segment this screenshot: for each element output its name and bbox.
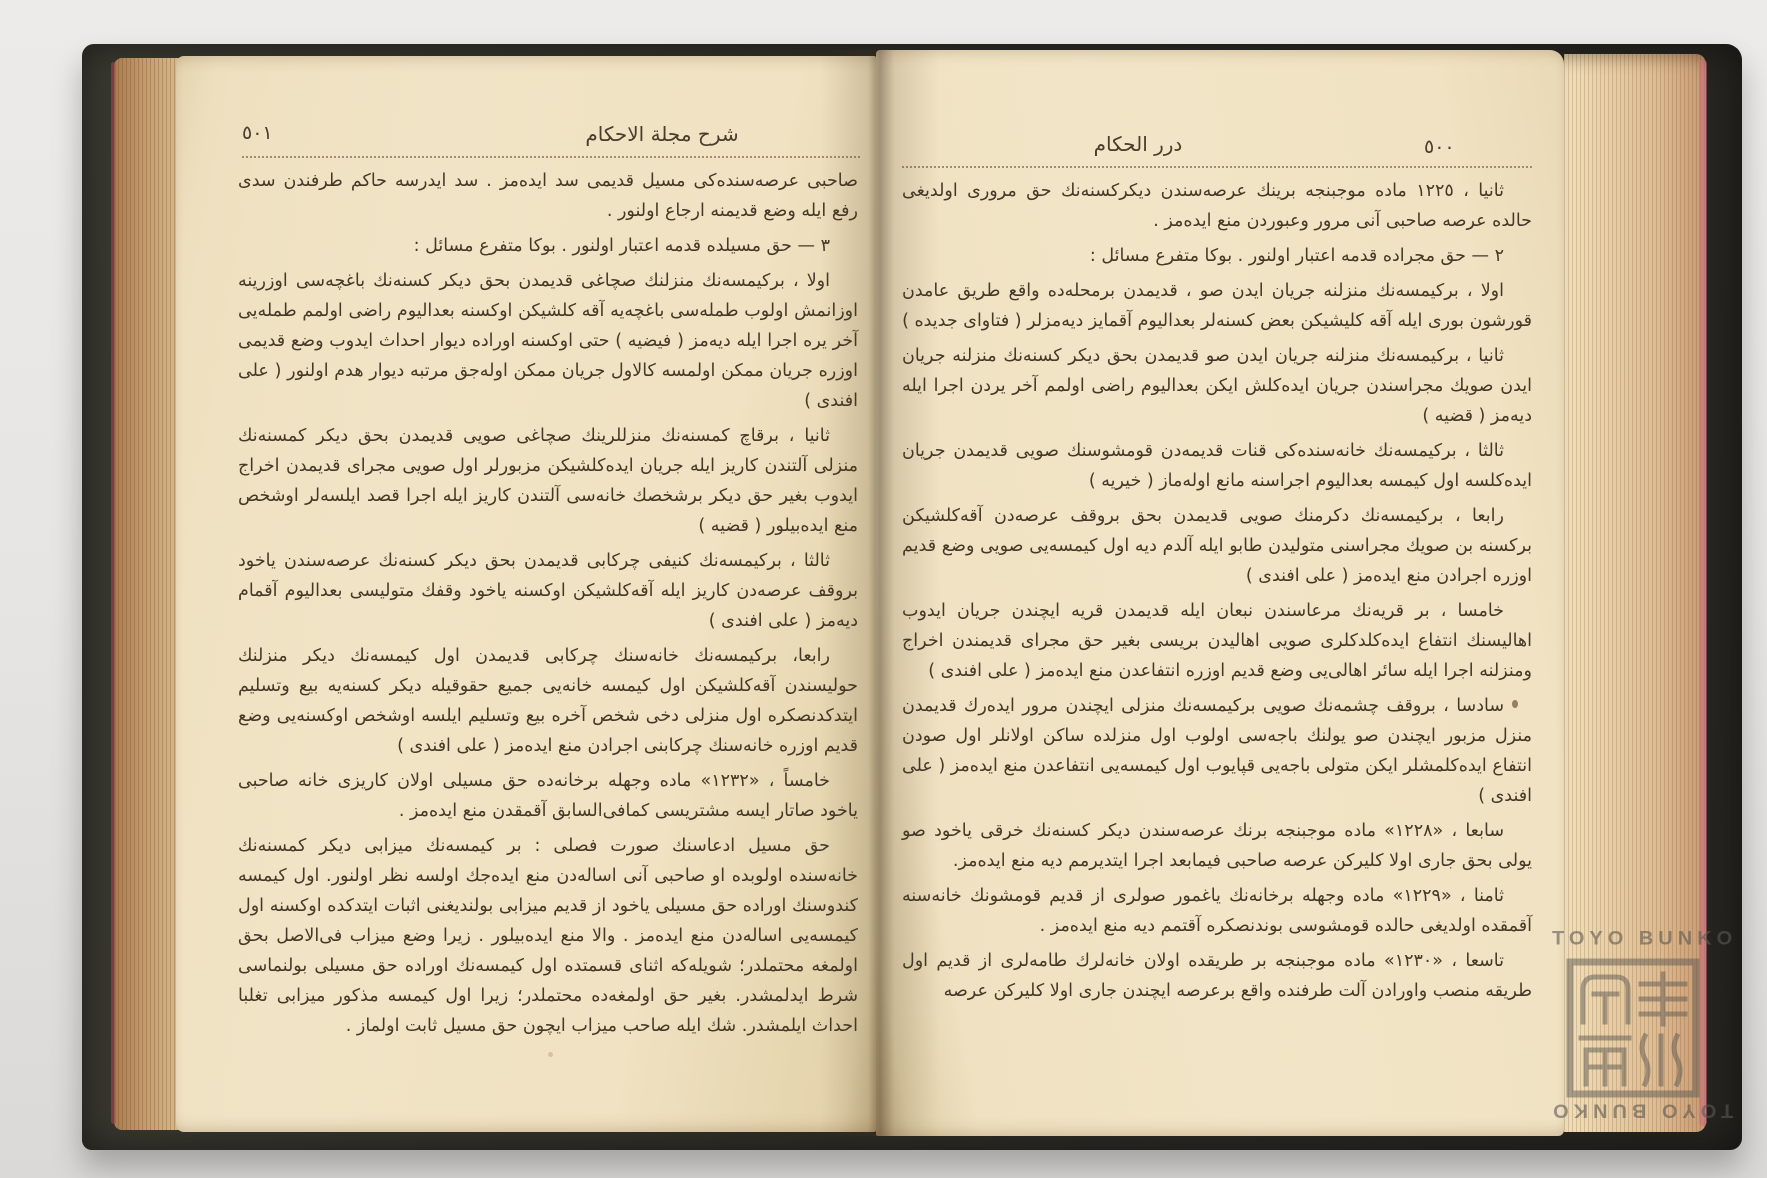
left-page-text: صاحبى عرصه‌سنده‌كى مسيل قديمى سد ايده‌مز… bbox=[238, 166, 858, 1046]
watermark-text-bottom: TOYO BUNKO bbox=[1548, 1099, 1733, 1121]
paragraph: ثامنا ، «١٢٢٩» ماده وجهله برخانه‌نك ياغم… bbox=[902, 881, 1532, 941]
paragraph: ثالثا ، بركيمسه‌نك خانه‌سنده‌كى قنات قدي… bbox=[902, 436, 1532, 496]
paragraph: سابعا ، «١٢٢٨» ماده موجبنجه برنك عرصه‌سن… bbox=[902, 816, 1532, 876]
paragraph: خامسا ، بر قريه‌نك مرعاسندن نبعان ايله ق… bbox=[902, 596, 1532, 686]
paragraph: ٣ — حق مسيلده قدمه اعتبار اولنور . بوكا … bbox=[238, 231, 858, 261]
toyo-bunko-watermark: TOYO BUNKO TOYO BUNKO bbox=[1546, 926, 1766, 1130]
paragraph: ٢ — حق مجراده قدمه اعتبار اولنور . بوكا … bbox=[902, 241, 1532, 271]
paper-speck bbox=[548, 1052, 553, 1057]
paragraph: حق مسيل ادعاسنك صورت فصلى : بر كيمسه‌نك … bbox=[238, 831, 858, 1041]
paragraph: صاحبى عرصه‌سنده‌كى مسيل قديمى سد ايده‌مز… bbox=[238, 166, 858, 226]
running-title-right: درر الحكام bbox=[1094, 132, 1183, 156]
paragraph: اولا ، بركيمسه‌نك منزلنك صچاغى قديمدن بح… bbox=[238, 266, 858, 416]
paragraph: ثانيا ، بركيمسه‌نك منزلنه جريان ايدن صو … bbox=[902, 341, 1532, 431]
toyo-bunko-seal-icon bbox=[1566, 958, 1700, 1098]
watermark-text-top: TOYO BUNKO bbox=[1552, 929, 1737, 951]
paragraph: خامساً ، «١٢٣٢» ماده وجهله برخانه‌ده حق … bbox=[238, 766, 858, 826]
paragraph: ثانيا ، ١٢٢٥ ماده موجبنجه برينك عرصه‌سند… bbox=[902, 176, 1532, 236]
paragraph: رابعا ، بركيمسه‌نك دكرمنك صويى قديمدن بح… bbox=[902, 501, 1532, 591]
right-page-text: ثانيا ، ١٢٢٥ ماده موجبنجه برينك عرصه‌سند… bbox=[902, 176, 1532, 1011]
left-fore-edge bbox=[114, 58, 180, 1130]
right-page: درر الحكام ٥٠٠ ثانيا ، ١٢٢٥ ماده موجبنجه… bbox=[876, 50, 1564, 1136]
running-title-left: شرح مجلة الاحكام bbox=[585, 122, 738, 146]
paragraph: تاسعا ، «١٢٣٠» ماده موجبنجه بر طريقده او… bbox=[902, 946, 1532, 1006]
paragraph: ثالثا ، بركيمسه‌نك كنيفى چركابى قديمدن ب… bbox=[238, 546, 858, 636]
header-rule-left bbox=[242, 156, 860, 158]
page-number-left: ٥٠١ bbox=[242, 122, 273, 144]
photo-canvas: ٥٠١ شرح مجلة الاحكام صاحبى عرصه‌سنده‌كى … bbox=[0, 0, 1767, 1178]
left-edge-stain bbox=[111, 62, 116, 1124]
paragraph: سادسا ، بروقف چشمه‌نك صويى بركيمسه‌نك من… bbox=[902, 691, 1532, 811]
header-rule-right bbox=[902, 166, 1532, 168]
left-page: ٥٠١ شرح مجلة الاحكام صاحبى عرصه‌سنده‌كى … bbox=[176, 56, 876, 1132]
paragraph: اولا ، بركيمسه‌نك منزلنه جريان ايدن صو ،… bbox=[902, 276, 1532, 336]
paragraph: ثانيا ، برقاچ كمسنه‌نك منزللرينك صچاغى ص… bbox=[238, 421, 858, 541]
paper-speck bbox=[1512, 700, 1518, 708]
page-number-right: ٥٠٠ bbox=[1424, 136, 1455, 158]
paragraph: رابعا، بركيمسه‌نك خانه‌سنك چركابى قديمدن… bbox=[238, 641, 858, 761]
